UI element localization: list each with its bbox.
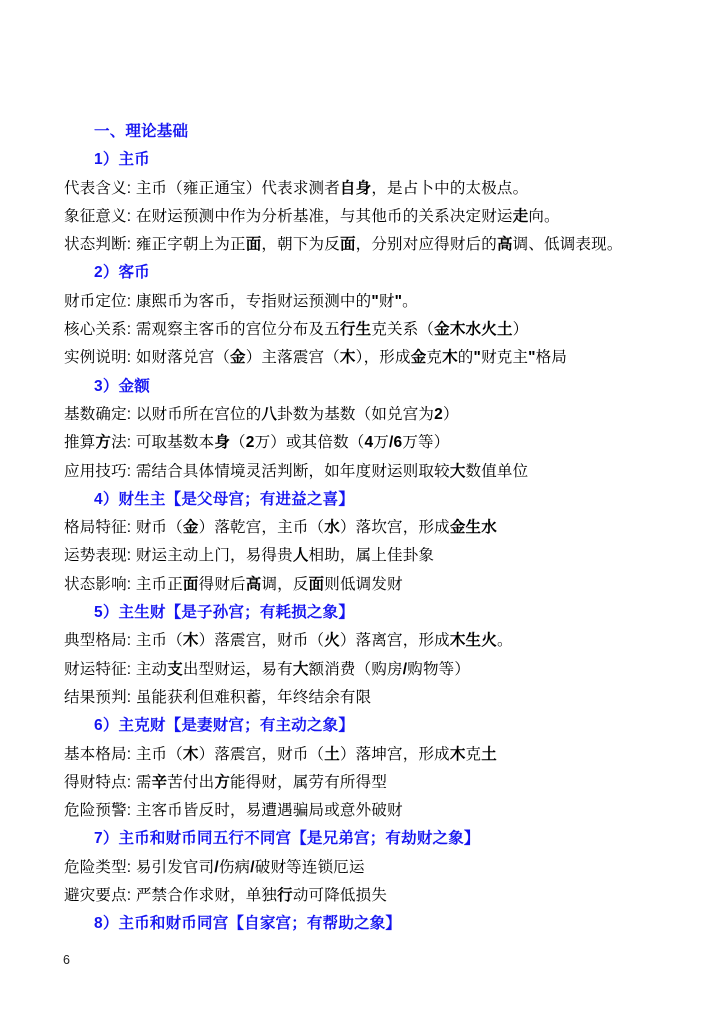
subsection-heading-1: 1）主币 [64, 146, 712, 174]
text-run: ，朝下为反 [261, 236, 340, 253]
text-run: 运势表现: 财运主动上门，易得贵 [64, 547, 293, 564]
text-run: 万等） [402, 434, 449, 451]
text-run: 则低调发财 [324, 576, 403, 593]
text-run: 克 [466, 746, 482, 763]
text-run: 克关系（ [371, 321, 434, 338]
text-run: 支 [167, 661, 183, 678]
text-run: 万 [373, 434, 389, 451]
subsection-heading-6: 6）主克财【是妻财宫；有主动之象】 [64, 712, 712, 740]
text-run: 万）或其倍数（ [255, 434, 365, 451]
document-page: 一、理论基础1）主币代表含义: 主币（雍正通宝）代表求测者自身，是占卜中的太极点… [0, 0, 724, 1024]
text-run: 2 [246, 434, 255, 451]
paragraph: 格局特征: 财币（金）落乾宫，主币（水）落坎宫，形成金生水 [64, 514, 712, 542]
text-run: 行生 [340, 321, 371, 338]
text-run: 木生火 [450, 632, 497, 649]
text-run: 面 [183, 576, 199, 593]
paragraph: 代表含义: 主币（雍正通宝）代表求测者自身，是占卜中的太极点。 [64, 175, 712, 203]
text-run: " [474, 349, 482, 366]
text-run: 得财特点: 需 [64, 774, 152, 791]
text-run: 能得财，属劳有所得型 [230, 774, 387, 791]
subsection-heading-7: 7）主币和财币同五行不同宫【是兄弟宫；有劫财之象】 [64, 825, 712, 853]
text-run: 苦付出 [167, 774, 214, 791]
text-run: ）落震宫，财币（ [199, 746, 325, 763]
text-run: 5）主生财【是子孙宫；有耗损之象】 [94, 604, 354, 621]
text-run: ）落震宫，财币（ [199, 632, 325, 649]
page-number: 6 [63, 952, 70, 968]
text-run: 木 [183, 746, 199, 763]
text-run: ） [443, 406, 459, 423]
text-run: 财 [379, 293, 395, 310]
text-run: ）落坤宫，形成 [340, 746, 450, 763]
text-run: 6）主克财【是妻财宫；有主动之象】 [94, 717, 354, 734]
paragraph: 危险类型: 易引发官司/伤病/破财等连锁厄运 [64, 854, 712, 882]
text-run: 八 [261, 406, 277, 423]
text-run: 调，反 [261, 576, 308, 593]
text-run: 人 [293, 547, 309, 564]
text-run: 推算 [64, 434, 95, 451]
paragraph: 财币定位: 康熙币为客币，专指财运预测中的"财"。 [64, 288, 712, 316]
text-run: 代表含义: 主币（雍正通宝）代表求测者 [64, 180, 340, 197]
text-run: 高 [246, 576, 262, 593]
paragraph: 财运特征: 主动支出型财运，易有大额消费（购房/购物等） [64, 656, 712, 684]
paragraph: 运势表现: 财运主动上门，易得贵人相助，属上佳卦象 [64, 542, 712, 570]
paragraph: 状态影响: 主币正面得财后高调，反面则低调发财 [64, 571, 712, 599]
paragraph: 实例说明: 如财落兑宫（金）主落震宫（木），形成金克木的"财克主"格局 [64, 344, 712, 372]
text-run: 金木水火土 [434, 321, 513, 338]
paragraph: 核心关系: 需观察主客币的宫位分布及五行生克关系（金木水火土） [64, 316, 712, 344]
text-run: 额消费（购房 [309, 661, 403, 678]
text-run: 典型格局: 主币（ [64, 632, 183, 649]
text-run: 金 [183, 519, 199, 536]
paragraph: 基本格局: 主币（木）落震宫，财币（土）落坤宫，形成木克土 [64, 741, 712, 769]
text-run: 的 [458, 349, 474, 366]
text-run: （ [230, 434, 246, 451]
text-run: 得财后 [199, 576, 246, 593]
text-run: 象征意义: 在财运预测中作为分析基准，与其他币的关系决定财运 [64, 208, 513, 225]
text-run: 财克主 [481, 349, 528, 366]
text-run: 方 [95, 434, 111, 451]
paragraph: 得财特点: 需辛苦付出方能得财，属劳有所得型 [64, 769, 712, 797]
text-run: ）主落震宫（ [246, 349, 340, 366]
text-run: 破财等连锁厄运 [255, 859, 365, 876]
text-run: 格局特征: 财币（ [64, 519, 183, 536]
text-run: 避灾要点: 严禁合作求财，单独 [64, 887, 277, 904]
text-run: ）落离宫，形成 [340, 632, 450, 649]
subsection-heading-5: 5）主生财【是子孙宫；有耗损之象】 [64, 599, 712, 627]
paragraph: 危险预警: 主客币皆反时，易遭遇骗局或意外破财 [64, 797, 712, 825]
text-run: 行 [228, 830, 244, 847]
text-run: 3）金额 [94, 378, 150, 395]
text-run: 大 [450, 463, 466, 480]
text-run: 核心关系: 需观察主客币的宫位分布及五 [64, 321, 340, 338]
text-run: 危险类型: 易引发官司 [64, 859, 214, 876]
text-run: 一、理论基础 [94, 123, 188, 140]
paragraph: 典型格局: 主币（木）落震宫，财币（火）落离宫，形成木生火。 [64, 627, 712, 655]
subsection-heading-4: 4）财生主【是父母宫；有进益之喜】 [64, 486, 712, 514]
text-run: 状态影响: 主币正 [64, 576, 183, 593]
text-run: 相助，属上佳卦象 [309, 547, 435, 564]
text-run: 数值单位 [466, 463, 529, 480]
text-run: 4 [364, 434, 373, 451]
text-run: 格局 [536, 349, 567, 366]
text-run: 8）主币和财币同宫【自家宫；有帮助之象】 [94, 915, 401, 932]
text-run: 土 [324, 746, 340, 763]
text-run: 身 [214, 434, 230, 451]
text-run: 状态判断: 雍正字朝上为正 [64, 236, 246, 253]
text-run: 高 [497, 236, 513, 253]
text-run: ）落乾宫，主币（ [199, 519, 325, 536]
text-run: 2 [434, 406, 443, 423]
text-run: 财运特征: 主动 [64, 661, 167, 678]
text-run: 木 [442, 349, 458, 366]
text-run: 面 [340, 236, 356, 253]
text-run: " [528, 349, 536, 366]
text-run: 2）客币 [94, 264, 150, 281]
text-run: 7）主币和财币同五 [94, 830, 228, 847]
text-run: 动可降低损失 [293, 887, 387, 904]
paragraph: 推算方法: 可取基数本身（2万）或其倍数（4万/6万等） [64, 429, 712, 457]
text-run: 大 [293, 661, 309, 678]
paragraph: 应用技巧: 需结合具体情境灵活判断，如年度财运则取较大数值单位 [64, 458, 712, 486]
text-run: ，分别对应得财后的 [356, 236, 497, 253]
text-run: 自身 [340, 180, 371, 197]
section-title: 一、理论基础 [64, 118, 712, 146]
text-run: 结果预判: 虽能获利但难积蓄，年终结余有限 [64, 689, 371, 706]
text-run: 向。 [528, 208, 559, 225]
text-run: ，是占卜中的太极点。 [371, 180, 528, 197]
text-run: 购物等） [407, 661, 470, 678]
paragraph: 象征意义: 在财运预测中作为分析基准，与其他币的关系决定财运走向。 [64, 203, 712, 231]
paragraph: 避灾要点: 严禁合作求财，单独行动可降低损失 [64, 882, 712, 910]
text-run: 实例说明: 如财落兑宫（ [64, 349, 230, 366]
text-run: 基本格局: 主币（ [64, 746, 183, 763]
subsection-heading-3: 3）金额 [64, 373, 712, 401]
text-run: 土 [481, 746, 497, 763]
paragraph: 结果预判: 虽能获利但难积蓄，年终结余有限 [64, 684, 712, 712]
text-run: 木 [450, 746, 466, 763]
text-run: 。 [402, 293, 418, 310]
text-run: 克 [426, 349, 442, 366]
text-run: 火 [324, 632, 340, 649]
text-run: 基数确定: 以财币所在宫位的 [64, 406, 261, 423]
text-run: 应用技巧: 需结合具体情境灵活判断，如年度财运则取较 [64, 463, 450, 480]
text-run: 走 [513, 208, 529, 225]
text-run: 金 [230, 349, 246, 366]
text-run: " [371, 293, 379, 310]
text-run: 金 [411, 349, 427, 366]
text-run: 。 [497, 632, 513, 649]
paragraph: 状态判断: 雍正字朝上为正面，朝下为反面，分别对应得财后的高调、低调表现。 [64, 231, 712, 259]
text-run: 行 [277, 887, 293, 904]
paragraph: 基数确定: 以财币所在宫位的八卦数为基数（如兑宫为2） [64, 401, 712, 429]
text-run: 调、低调表现。 [513, 236, 623, 253]
text-run: 危险预警: 主客币皆反时，易遭遇骗局或意外破财 [64, 802, 403, 819]
text-run: ），形成 [356, 349, 411, 366]
text-run: 木 [183, 632, 199, 649]
text-run: /6 [389, 434, 402, 451]
subsection-heading-2: 2）客币 [64, 259, 712, 287]
text-run: 伤病 [219, 859, 250, 876]
subsection-heading-8: 8）主币和财币同宫【自家宫；有帮助之象】 [64, 910, 712, 938]
text-run: 面 [246, 236, 262, 253]
text-run: 辛 [152, 774, 168, 791]
document-content: 一、理论基础1）主币代表含义: 主币（雍正通宝）代表求测者自身，是占卜中的太极点… [64, 118, 712, 939]
text-run: 4）财生主【是父母宫；有进益之喜】 [94, 491, 354, 508]
text-run: 木 [340, 349, 356, 366]
text-run: 出型财运，易有 [183, 661, 293, 678]
text-run: 面 [309, 576, 325, 593]
text-run: 卦数为基数（如兑宫为 [277, 406, 434, 423]
text-run: 金生水 [450, 519, 497, 536]
text-run: ） [513, 321, 529, 338]
text-run: 不同宫【是兄弟宫；有劫财之象】 [244, 830, 480, 847]
text-run: 财币定位: 康熙币为客币，专指财运预测中的 [64, 293, 371, 310]
text-run: 水 [324, 519, 340, 536]
text-run: 1）主币 [94, 151, 150, 168]
text-run: ）落坎宫，形成 [340, 519, 450, 536]
text-run: 方 [214, 774, 230, 791]
text-run: 法: 可取基数本 [111, 434, 214, 451]
